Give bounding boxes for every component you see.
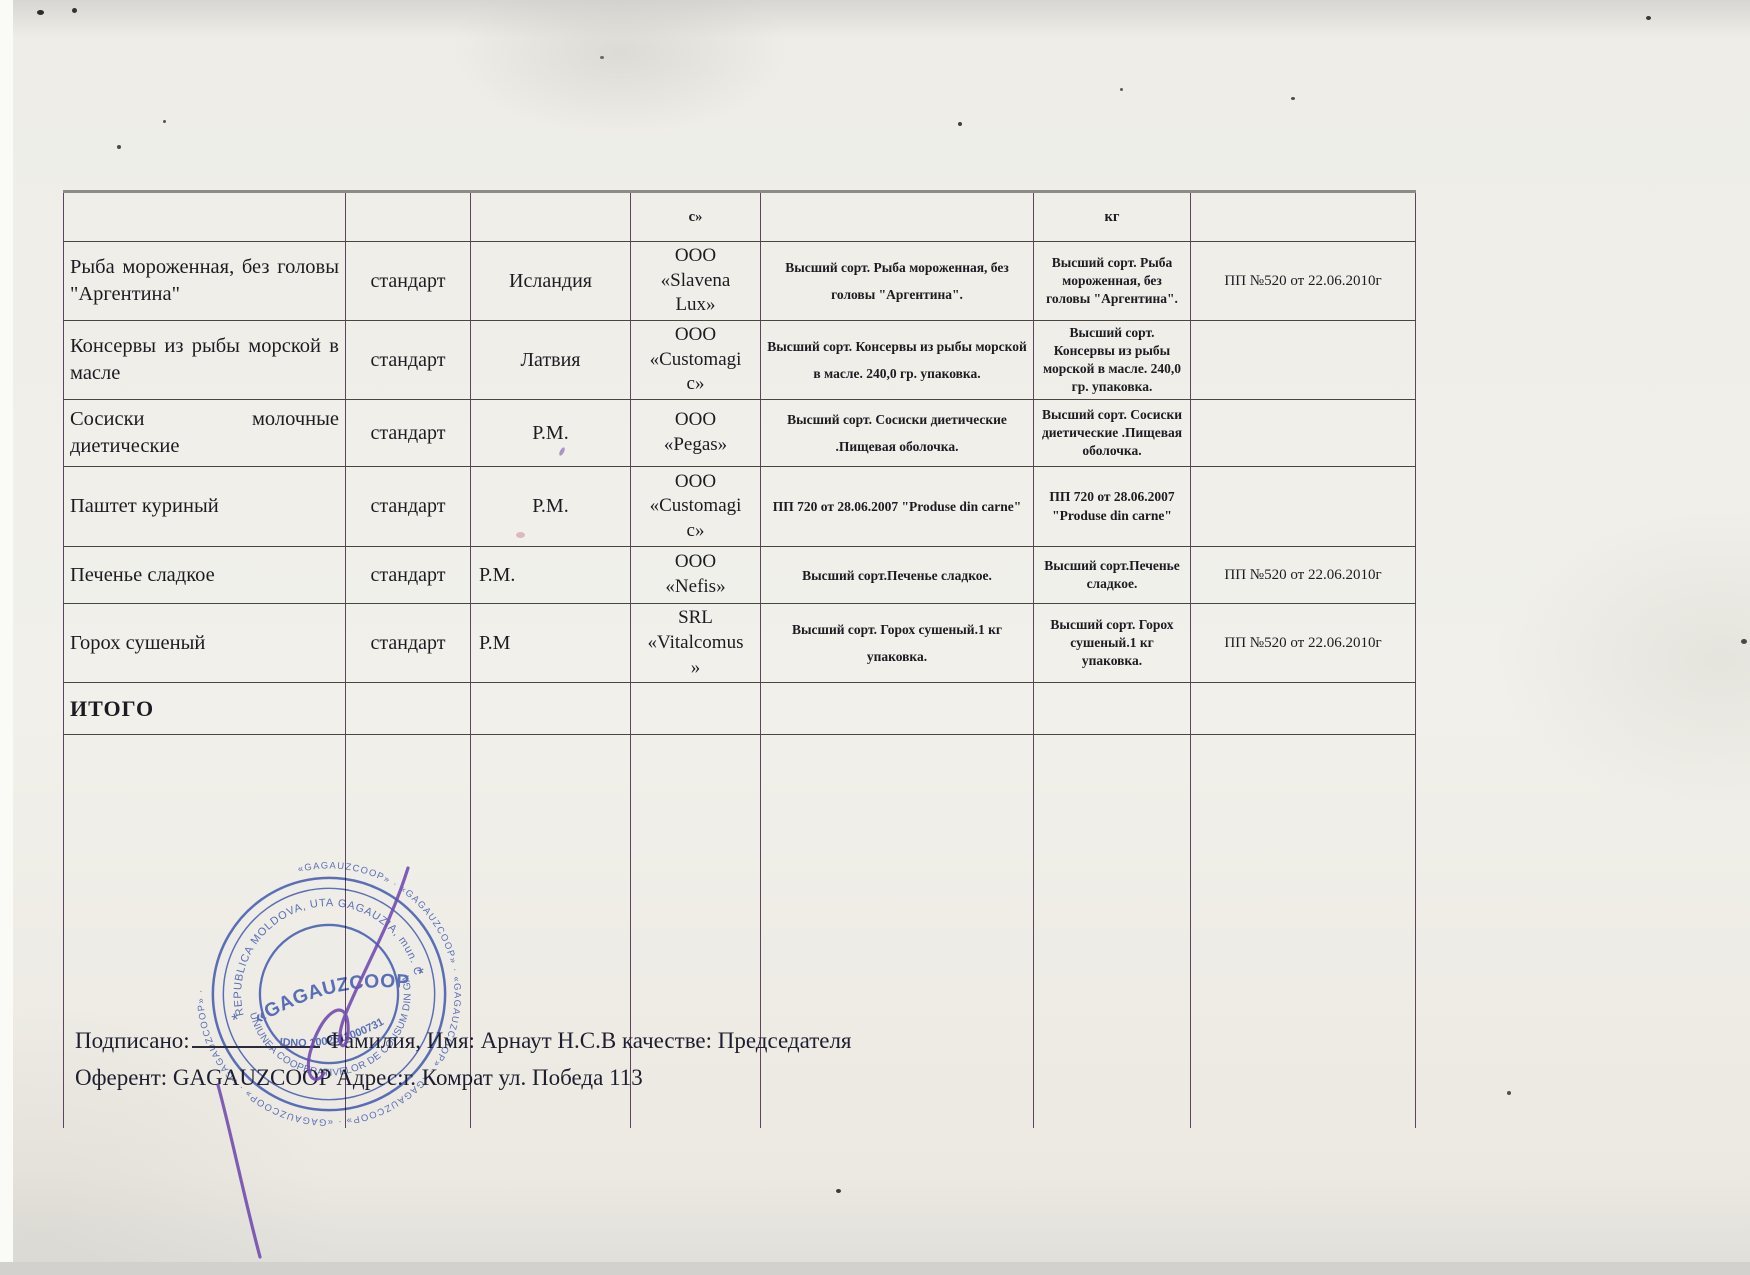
- cell-unit-cont: кг: [1034, 192, 1191, 242]
- cell-product-name: Паштет куриный: [64, 467, 346, 547]
- cell-manufacturer: ООО «Pegas»: [631, 400, 761, 467]
- cell-country: Р.М.: [471, 400, 631, 467]
- cell-empty: [346, 192, 471, 242]
- cell-empty: [1191, 192, 1416, 242]
- cell-description-unit: Высший сорт. Горох сушеный.1 кг упаковка…: [1034, 604, 1191, 683]
- speck: [1741, 639, 1747, 644]
- table-row: Консервы из рыбы морской в масле стандар…: [64, 321, 1416, 400]
- cell-description-unit: Высший сорт. Консервы из рыбы морской в …: [1034, 321, 1191, 400]
- cell-description-unit: Высший сорт. Сосиски диетические .Пищева…: [1034, 400, 1191, 467]
- cell-description: Высший сорт. Горох сушеный.1 кг упаковка…: [761, 604, 1034, 683]
- cell-product-name: Горох сушеный: [64, 604, 346, 683]
- table-row-header-continuation: с» кг: [64, 192, 1416, 242]
- speck: [1120, 88, 1123, 91]
- cell-empty: [471, 683, 631, 735]
- cell-description: ПП 720 от 28.06.2007 "Produse din carne": [761, 467, 1034, 547]
- speck: [163, 120, 166, 123]
- cell-empty: [64, 192, 346, 242]
- scan-edge-left: [0, 0, 13, 1275]
- cell-product-name: Рыба мороженная, без головы "Аргентина": [64, 242, 346, 321]
- cell-empty: [1034, 683, 1191, 735]
- cell-empty: [631, 683, 761, 735]
- signature-stroke-main: [308, 868, 408, 1079]
- cell-approval: [1191, 321, 1416, 400]
- cell-manufacturer: ООО «Customagi с»: [631, 321, 761, 400]
- cell-description: Высший сорт. Консервы из рыбы морской в …: [761, 321, 1034, 400]
- cell-country: Исландия: [471, 242, 631, 321]
- cell-approval: [1191, 467, 1416, 547]
- table-row: Горох сушеный стандарт Р.М SRL «Vitalcom…: [64, 604, 1416, 683]
- signature-stroke-tail: [218, 1085, 260, 1257]
- speck: [516, 532, 525, 538]
- table-row: Печенье сладкое стандарт Р.М. ООО «Nefis…: [64, 547, 1416, 604]
- cell-description-unit: Высший сорт. Рыба мороженная, без головы…: [1034, 242, 1191, 321]
- scanned-document-page: с» кг Рыба мороженная, без головы "Арген…: [0, 0, 1750, 1275]
- table-row-total: ИТОГО: [64, 683, 1416, 735]
- cell-description-unit: ПП 720 от 28.06.2007 "Produse din carne": [1034, 467, 1191, 547]
- speck: [1291, 97, 1295, 100]
- cell-manufacturer: ООО «Customagi с»: [631, 467, 761, 547]
- handwritten-signature: [180, 845, 480, 1275]
- speck: [600, 56, 604, 59]
- cell-manufacturer: ООО «Nefis»: [631, 547, 761, 604]
- cell-empty: [761, 192, 1034, 242]
- cell-standard: стандарт: [346, 242, 471, 321]
- table-row: Рыба мороженная, без головы "Аргентина" …: [64, 242, 1416, 321]
- table-row: Сосиски молочные диетические стандарт Р.…: [64, 400, 1416, 467]
- speck: [958, 122, 962, 126]
- cell-empty: [346, 683, 471, 735]
- cell-description: Высший сорт.Печенье сладкое.: [761, 547, 1034, 604]
- speck: [117, 145, 121, 149]
- cell-empty: [1191, 735, 1416, 1128]
- cell-product-name: Печенье сладкое: [64, 547, 346, 604]
- signed-label: Подписано:: [75, 1028, 190, 1053]
- cell-description: Высший сорт. Сосиски диетические .Пищева…: [761, 400, 1034, 467]
- cell-approval: [1191, 400, 1416, 467]
- cell-country: Р.М.: [471, 467, 631, 547]
- table-row: Паштет куриный стандарт Р.М. ООО «Custom…: [64, 467, 1416, 547]
- cell-empty: [761, 683, 1034, 735]
- cell-product-name: Сосиски молочные диетические: [64, 400, 346, 467]
- cell-approval: ПП №520 от 22.06.2010г: [1191, 242, 1416, 321]
- cell-manufacturer: ООО «Slavena Lux»: [631, 242, 761, 321]
- cell-manufacturer-cont: с»: [631, 192, 761, 242]
- cell-country: Р.М: [471, 604, 631, 683]
- cell-country: Р.М.: [471, 547, 631, 604]
- cell-description: Высший сорт. Рыба мороженная, без головы…: [761, 242, 1034, 321]
- cell-empty: [1191, 683, 1416, 735]
- cell-standard: стандарт: [346, 467, 471, 547]
- cell-country: Латвия: [471, 321, 631, 400]
- speck: [37, 10, 44, 15]
- cell-standard: стандарт: [346, 321, 471, 400]
- cell-empty: [471, 192, 631, 242]
- cell-standard: стандарт: [346, 604, 471, 683]
- speck: [1646, 16, 1651, 20]
- cell-standard: стандарт: [346, 400, 471, 467]
- cell-approval: ПП №520 от 22.06.2010г: [1191, 604, 1416, 683]
- cell-manufacturer: SRL «Vitalcomus »: [631, 604, 761, 683]
- cell-standard: стандарт: [346, 547, 471, 604]
- speck: [1507, 1091, 1511, 1095]
- cell-product-name: Консервы из рыбы морской в масле: [64, 321, 346, 400]
- total-label: ИТОГО: [64, 683, 346, 735]
- cell-approval: ПП №520 от 22.06.2010г: [1191, 547, 1416, 604]
- speck: [72, 8, 77, 13]
- cell-description-unit: Высший сорт.Печенье сладкое.: [1034, 547, 1191, 604]
- speck: [836, 1189, 841, 1193]
